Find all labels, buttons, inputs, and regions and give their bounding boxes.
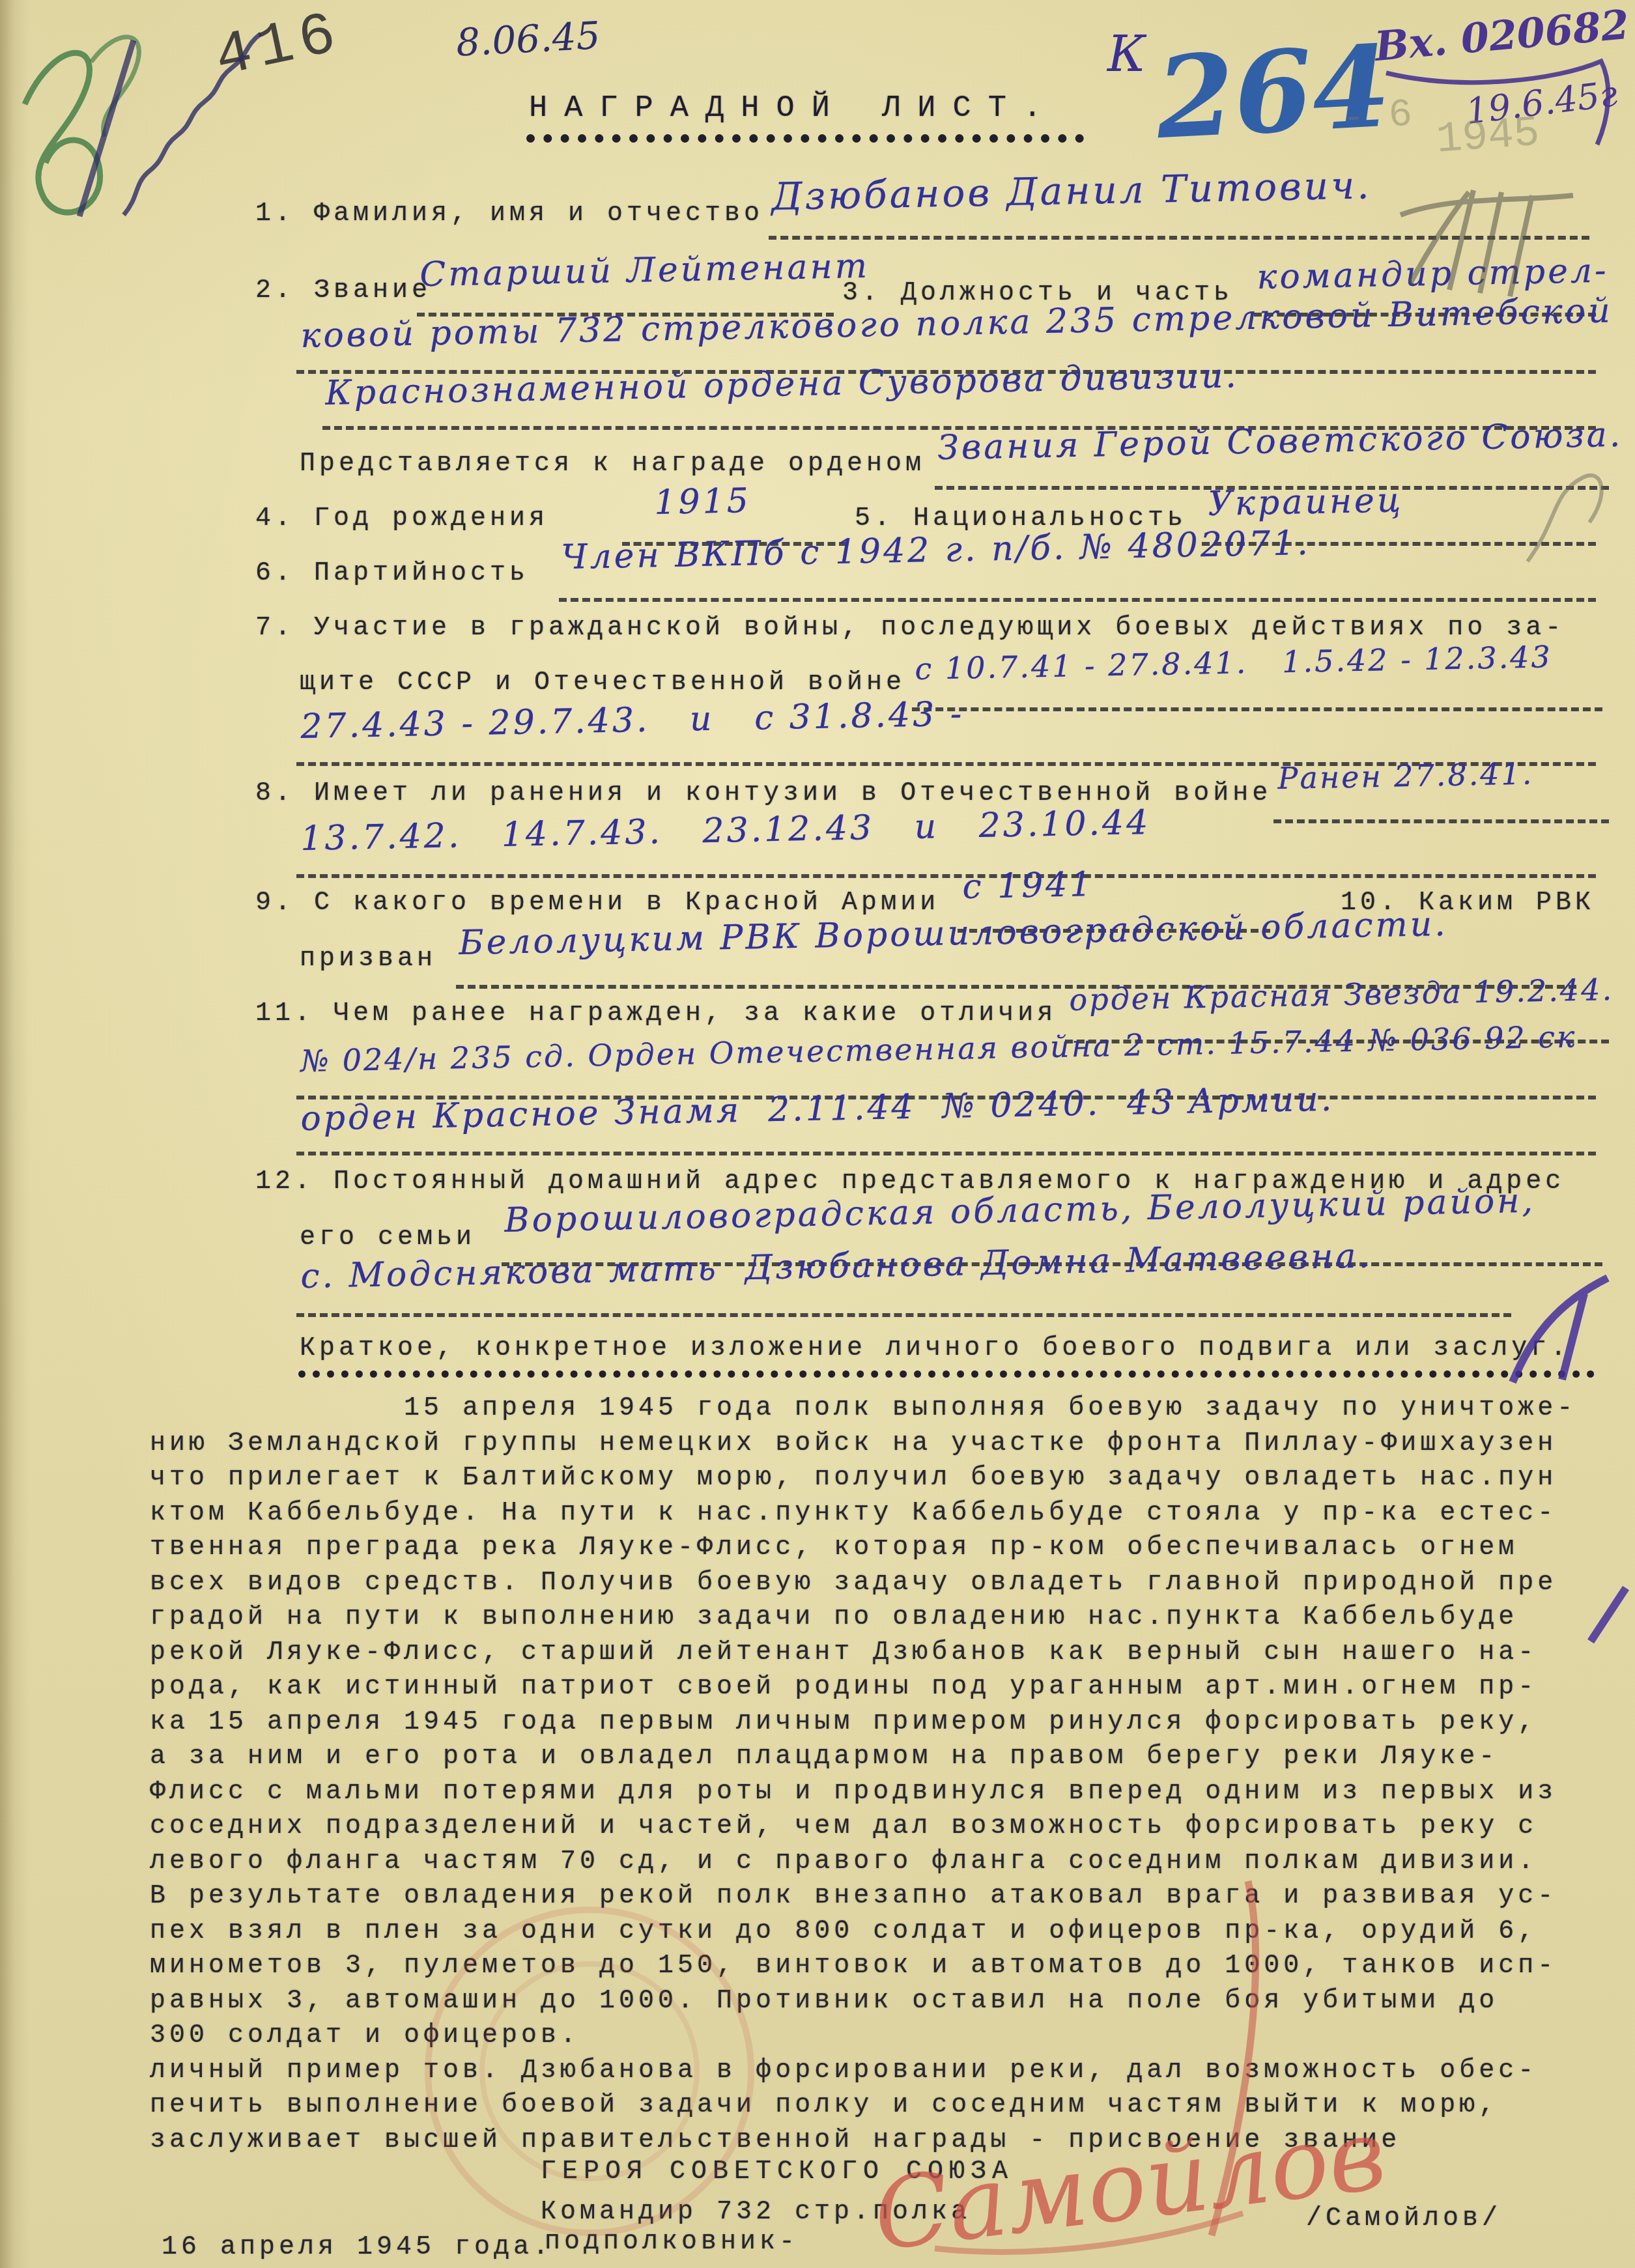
incoming-number-note: Вх. 020682 <box>1373 1 1631 70</box>
citation-body-line: градой на пути к выполнению задачи по ов… <box>150 1600 1635 1636</box>
citation-body-line: заслуживает высшей правительственной наг… <box>150 2123 1635 2159</box>
title-dotted-underline <box>526 134 1084 143</box>
award-sheet-document: 416 8.06.45 К 264 Вх. 020682 19.6.45г - … <box>0 0 1635 2268</box>
summary-heading: Краткое, конкретное изложение личного бо… <box>300 1334 1570 1363</box>
field-address-label-2: его семьи <box>300 1223 476 1253</box>
citation-body-line: равных 3, автомашин до 1000. Противник о… <box>150 1984 1635 2019</box>
field-participation-label-1: 7. Участие в гражданской войны, последую… <box>255 614 1565 643</box>
field-rank-label: 2. Звание <box>255 276 431 305</box>
field-wounds-value-2: 13.7.42. 14.7.43. 23.12.43 и 23.10.44 <box>300 803 1151 858</box>
citation-body-line: нию Земландской группы немецких войск на… <box>150 1426 1635 1462</box>
citation-body-line: ка 15 апреля 1945 года первым личным при… <box>150 1705 1635 1740</box>
field-prior-awards-label: 11. Чем ранее награжден, за какие отличи… <box>255 999 1057 1028</box>
field-birthyear-value: 1915 <box>654 481 751 522</box>
citation-body-line: а за ним и его рота и овладел плацдармом… <box>150 1740 1635 1775</box>
field-birthyear-label: 4. Год рождения <box>255 504 548 533</box>
citation-body-line: ктом Каббельбуде. На пути к нас.пункту К… <box>150 1496 1635 1531</box>
faint-stamp-year: 1945 <box>1435 109 1541 165</box>
citation-body-line: минометов 3, пулеметов до 150, винтовок … <box>150 1949 1635 1984</box>
field-nationality-value: Украинец <box>1208 481 1404 524</box>
document-title: НАГРАДНОЙ ЛИСТ. <box>529 91 1059 126</box>
citation-body-line: личный пример тов. Дзюбанова в форсирова… <box>150 2054 1635 2089</box>
citation-body-line: печить выполнение боевой задачи полку и … <box>150 2088 1635 2123</box>
citation-body-line: пех взял в плен за одни сутки до 800 сол… <box>150 1914 1635 1949</box>
field-wounds-value-1: Ранен 27.8.41. <box>1277 756 1534 796</box>
citation-body-line: твенная преграда река Ляуке-Флисс, котор… <box>150 1531 1635 1566</box>
commander-rank-line: подполковник- <box>545 2228 799 2257</box>
presented-award-label: Представляется к награде орденом <box>300 449 925 479</box>
dashed-line <box>769 236 1589 240</box>
field-name-label: 1. Фамилия, имя и отчество <box>255 199 763 229</box>
field-position-value-1: командир стрел- <box>1257 251 1609 297</box>
field-rank-value: Старший Лейтенант <box>419 247 870 294</box>
dashed-line <box>296 874 1596 878</box>
green-scribble-2 <box>91 37 139 137</box>
field-participation-value-2: 27.4.43 - 29.7.43. и с 31.8.43 - <box>300 694 965 746</box>
citation-body-line: В результате овладения рекой полк внезап… <box>150 1879 1635 1914</box>
field-army-since-value: с 1941 <box>962 865 1094 907</box>
citation-body-text: 15 апреля 1945 года полк выполняя боевую… <box>150 1391 1635 2158</box>
summary-dotted-underline <box>298 1370 1595 1378</box>
citation-body-line: левого фланга частям 70 сд, и с правого … <box>150 1845 1635 1880</box>
green-scribble <box>25 53 100 212</box>
dashed-line <box>912 707 1602 711</box>
field-army-since-label: 9. С какого времени в Красной Армии <box>255 888 939 918</box>
citation-body-line: что прилегает к Балтийскому морю, получи… <box>150 1461 1635 1496</box>
citation-body-line: 15 апреля 1945 года полк выполняя боевую… <box>150 1391 1635 1426</box>
handwritten-date-note: 8.06.45 <box>455 13 601 64</box>
field-prior-awards-value-1: орден Красная Звезда 19.2.44. <box>1069 972 1614 1017</box>
dashed-line <box>559 598 1596 602</box>
blue-slash-mark <box>79 40 134 216</box>
corner-stamp-number: 416 <box>209 0 348 92</box>
field-prior-awards-value-3: орден Красное Знамя 2.11.44 № 0240. 43 А… <box>300 1080 1335 1139</box>
field-name-value: Дзюбанов Данил Титович. <box>771 163 1372 219</box>
citation-body-line: Флисс с мальми потерями для роты и продв… <box>150 1775 1635 1810</box>
citation-body-line: всех видов средств. Получив боевую задач… <box>150 1566 1635 1601</box>
citation-body-line: 300 солдат и офицеров. <box>150 2019 1635 2054</box>
field-participation-value-1: с 10.7.41 - 27.8.41. 1.5.42 - 12.3.43 <box>915 639 1552 687</box>
field-participation-label-2: щите СССР и Отечественной войне <box>300 668 905 698</box>
citation-body-line: соседних подразделений и частей, чем дал… <box>150 1809 1635 1845</box>
document-date: 16 апреля 1945 года. <box>162 2233 552 2262</box>
citation-body-line: рекой Ляуке-Флисс, старший лейтенант Дзю… <box>150 1636 1635 1671</box>
presented-award-value: Звания Герой Советского Союза. <box>937 416 1623 468</box>
citation-body-line: рода, как истинный патриот своей родины … <box>150 1670 1635 1705</box>
field-party-value: Член ВКПб с 1942 г. п/б. № 4802071. <box>561 524 1311 577</box>
field-rvk-label-2: призван <box>300 944 436 974</box>
field-party-label: 6. Партийность <box>255 559 529 588</box>
dashed-line <box>1273 819 1609 823</box>
faint-stamp-day: - 6 <box>1341 92 1414 141</box>
handwritten-page-number: 264 <box>1153 20 1393 165</box>
dashed-line <box>296 1152 1596 1155</box>
dashed-line <box>296 1313 1511 1317</box>
field-position-value-3: Краснознаменной ордена Суворова дивизии. <box>325 356 1240 413</box>
handwritten-letter-mark: К <box>1107 25 1146 83</box>
